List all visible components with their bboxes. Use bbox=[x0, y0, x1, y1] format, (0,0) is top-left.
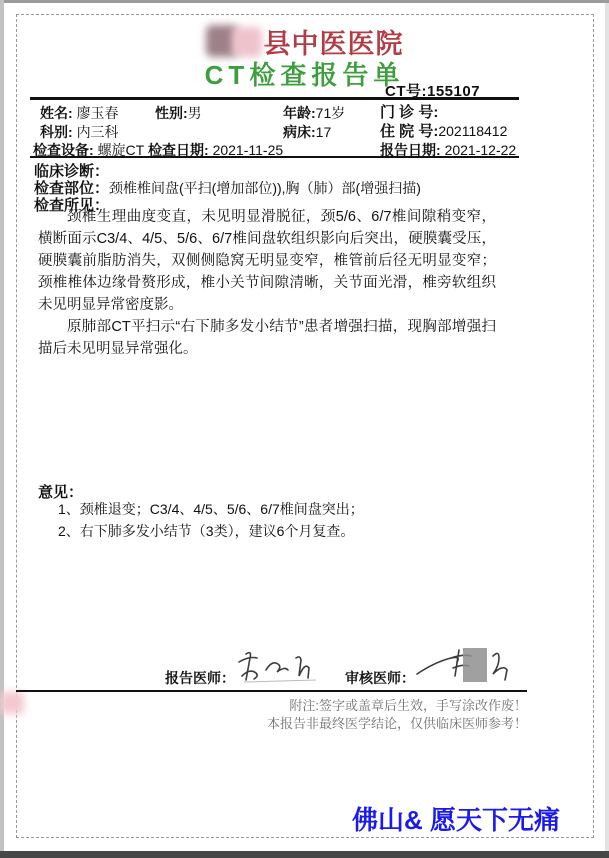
field-bed-value: 17 bbox=[316, 124, 332, 140]
field-age-value: 71岁 bbox=[316, 105, 346, 121]
scan-edge-bottom bbox=[0, 851, 609, 858]
scan-edge-right bbox=[605, 3, 609, 851]
divider-patient-info bbox=[30, 156, 519, 158]
field-inpatient-no-label: 住 院 号: bbox=[380, 123, 438, 140]
field-dept-value: 内三科 bbox=[77, 124, 119, 140]
review-doctor-signature bbox=[415, 642, 530, 690]
field-name: 姓名: 廖玉春 bbox=[40, 103, 119, 123]
exam-site-value: 颈椎椎间盘(平扫(增加部位)),胸（肺）部(增强扫描) bbox=[109, 180, 421, 196]
signature-redaction-box bbox=[463, 648, 487, 682]
report-doctor-label: 报告医师： bbox=[165, 668, 235, 688]
report-doctor-signature bbox=[236, 646, 331, 688]
footer-note-2: 本报告非最终医学结论，仅供临床医师参考！ bbox=[0, 715, 527, 733]
field-outpatient-no: 门 诊 号: bbox=[380, 101, 438, 122]
field-age-label: 年龄: bbox=[283, 105, 316, 121]
field-bed: 病床:17 bbox=[283, 122, 331, 142]
opinion-item-2: 2、右下肺多发小结节（3类），建议6个月复查。 bbox=[58, 521, 354, 541]
field-inpatient-no: 住 院 号:202118412 bbox=[380, 120, 507, 141]
field-gender-label: 性别: bbox=[155, 105, 188, 121]
field-gender-value: 男 bbox=[188, 105, 202, 121]
ct-report-page: 县中医医院 CT检查报告单 CT号:155107 姓名: 廖玉春 性别:男 年龄… bbox=[0, 0, 609, 858]
field-outpatient-no-label: 门 诊 号: bbox=[380, 104, 438, 121]
redaction-blur-2 bbox=[232, 27, 262, 57]
footer-note-1: 附注:签字或盖章后生效，手写涂改作废！ bbox=[0, 697, 527, 715]
field-name-label: 姓名: bbox=[40, 105, 73, 121]
report-title: CT检查报告单 bbox=[0, 55, 609, 92]
opinion-item-1: 1、颈椎退变；C3/4、4/5、5/6、6/7椎间盘突出； bbox=[58, 499, 364, 519]
field-age: 年龄:71岁 bbox=[283, 103, 345, 123]
footer-notes: 附注:签字或盖章后生效，手写涂改作废！ 本报告非最终医学结论，仅供临床医师参考！ bbox=[0, 697, 527, 733]
divider-header bbox=[30, 97, 519, 100]
divider-signature bbox=[16, 690, 527, 692]
field-dept: 科别: 内三科 bbox=[40, 122, 119, 142]
field-dept-label: 科别: bbox=[40, 124, 73, 140]
scan-edge-top bbox=[0, 0, 609, 3]
findings-paragraph-2: 原肺部CT平扫示“右下肺多发小结节”患者增强扫描，现胸部增强扫描后未见明显异常强… bbox=[38, 316, 496, 360]
review-doctor-label: 审核医师： bbox=[345, 668, 415, 688]
field-inpatient-no-value: 202118412 bbox=[438, 123, 507, 139]
findings-paragraph-1: 颈椎生理曲度变直，未见明显滑脱征，颈5/6、6/7椎间隙稍变窄，横断面示C3/4… bbox=[38, 206, 496, 316]
findings-text: 颈椎生理曲度变直，未见明显滑脱征，颈5/6、6/7椎间隙稍变窄，横断面示C3/4… bbox=[38, 206, 496, 360]
field-name-value: 廖玉春 bbox=[77, 105, 119, 121]
field-bed-label: 病床: bbox=[283, 124, 316, 140]
field-gender: 性别:男 bbox=[155, 103, 202, 123]
watermark-text: 佛山& 愿天下无痛 bbox=[352, 800, 560, 837]
